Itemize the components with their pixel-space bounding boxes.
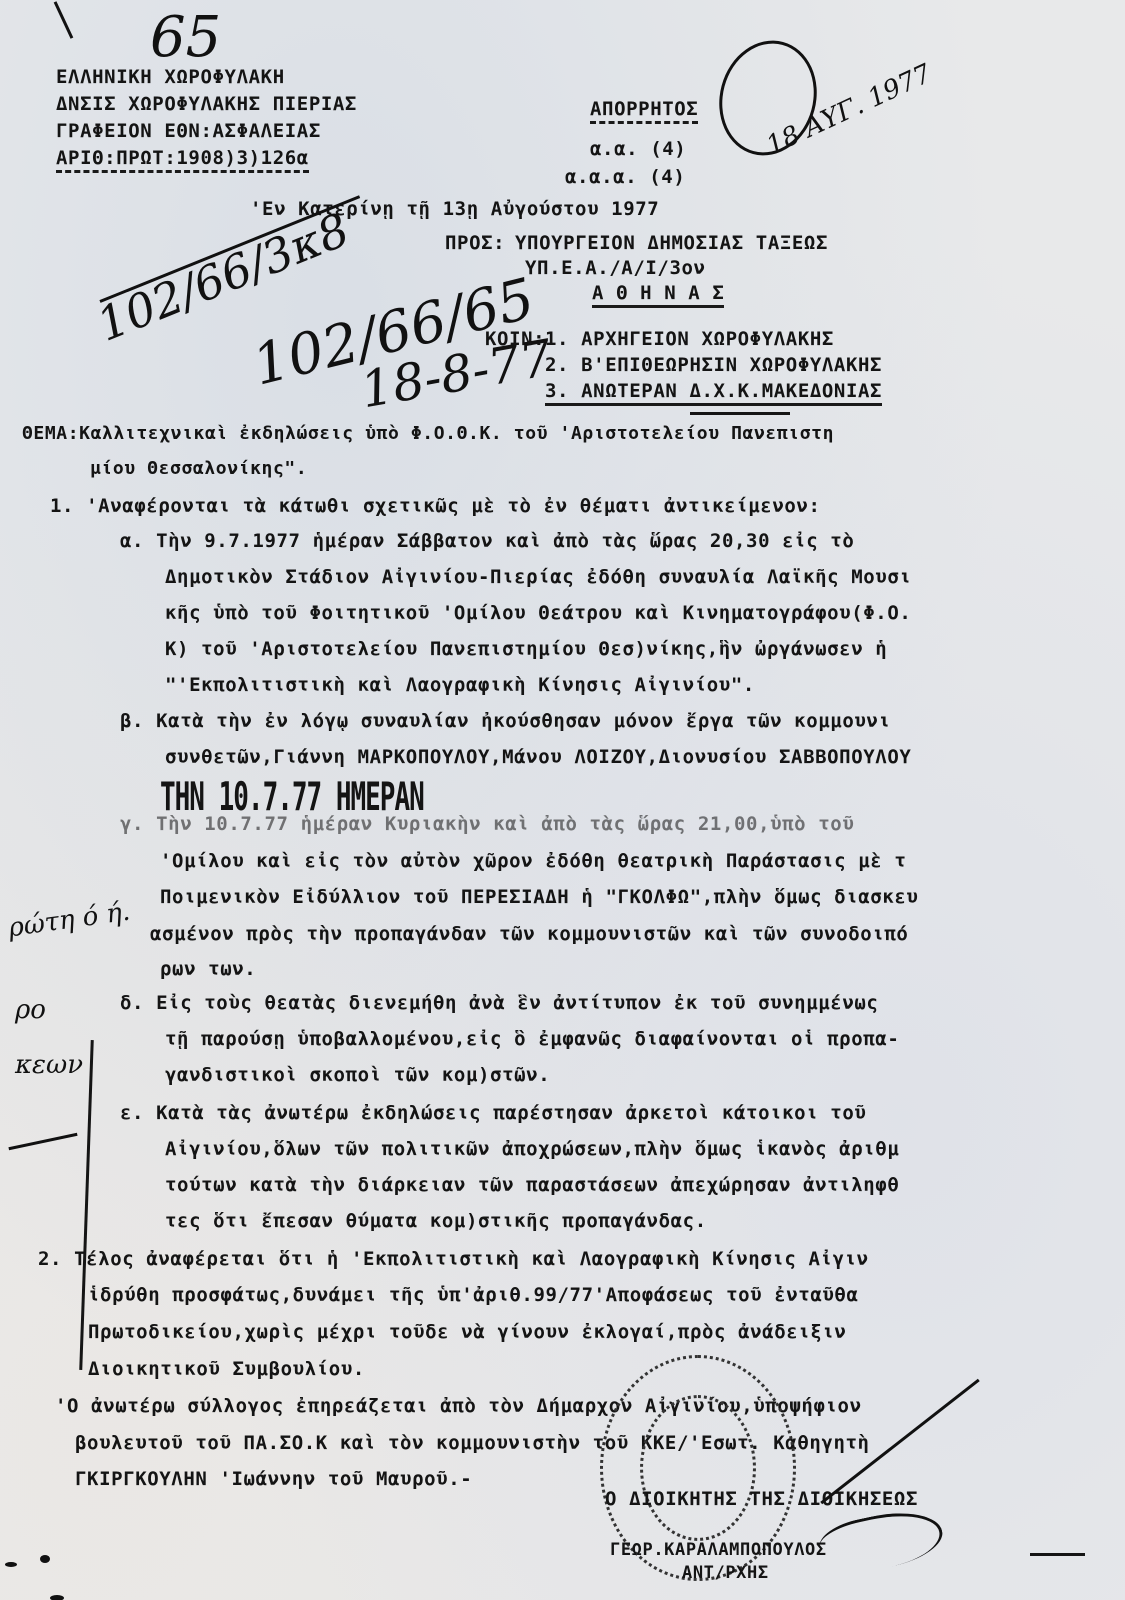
cc-dash-line bbox=[690, 412, 790, 415]
ink-speck bbox=[40, 1555, 50, 1563]
recipient-city: Α Θ Η Ν Α Σ bbox=[592, 284, 724, 308]
para-1d-l3: γανδιστικοὶ σκοποὶ τῶν κομ)στῶν. bbox=[165, 1066, 550, 1085]
signature-dash bbox=[1030, 1553, 1085, 1556]
para-1: 1. 'Αναφέρονται τὰ κάτωθι σχετικῶς μὲ τὸ… bbox=[50, 497, 821, 516]
para-2-l2: ἱδρύθη προσφάτως,δυνάμει τῆς ὑπ'ἀριθ.99/… bbox=[88, 1286, 859, 1305]
copies-total: α.α.α. (4) bbox=[565, 168, 685, 187]
para-2-l4: Διοικητικοῦ Συμβουλίου. bbox=[88, 1360, 365, 1379]
ink-speck bbox=[5, 1562, 17, 1567]
subject-line-1: ΘΕΜΑ:Καλλιτεχνικαὶ ἐκδηλώσεις ὑπὸ Φ.Ο.Θ.… bbox=[22, 425, 834, 443]
para-1d-l2: τῇ παρούσῃ ὑποβαλλομένου,εἰς ὃ ἐμφανῶς δ… bbox=[165, 1030, 899, 1049]
copy-number: α.α. (4) bbox=[590, 140, 686, 159]
para-1e-l3: τούτων κατὰ τὴν διάρκειαν τῶν παραστάσεω… bbox=[165, 1176, 899, 1195]
signature-name: ΓΕΩΡ.ΚΑΡΑΛΑΜΠΟΠΟΥΛΟΣ bbox=[610, 1542, 827, 1559]
signature-rank: ΑΝΤ/ΡΧΗΣ bbox=[682, 1565, 769, 1582]
margin-note-2: ρο bbox=[15, 995, 46, 1025]
para-2-l3: Πρωτοδικείου,χωρὶς μέχρι τοῦδε νὰ γίνουν… bbox=[88, 1323, 846, 1342]
margin-note-3: κεων bbox=[15, 1050, 83, 1080]
para-1b-l2: συνθετῶν,Γιάννη ΜΑΡΚΟΠΟΥΛΟΥ,Μάνου ΛΟΙΖΟΥ… bbox=[165, 748, 911, 767]
para-1c-l1: γ. Τὴν 10.7.77 ἡμέραν Κυριακὴν καὶ ἀπὸ τ… bbox=[120, 815, 854, 834]
para-1b-l1: β. Κατὰ τὴν ἐν λόγῳ συναυλίαν ἠκούσθησαν… bbox=[120, 712, 891, 731]
para-1e-l2: Αἰγινίου,ὅλων τῶν πολιτικῶν ἀποχρώσεων,π… bbox=[165, 1140, 899, 1159]
recipient-line1: ΥΠΟΥΡΓΕΙΟΝ ΔΗΜΟΣΙΑΣ ΤΑΞΕΩΣ bbox=[515, 234, 828, 253]
header-left-line2: ΔΝΣΙΣ ΧΩΡΟΦΥΛΑΚΗΣ ΠΙΕΡΙΑΣ bbox=[56, 95, 357, 114]
ink-speck bbox=[50, 1595, 64, 1600]
para-1e-l1: ε. Κατὰ τὰς ἀνωτέρω ἐκδηλώσεις παρέστησα… bbox=[120, 1104, 866, 1123]
para-1c-l4: ασμένον πρὸς τὴν προπαγάνδαν τῶν κομμουν… bbox=[150, 925, 908, 944]
para-1a-l3: κῆς ὑπὸ τοῦ Φοιτητικοῦ 'Ομίλου Θεάτρου κ… bbox=[165, 604, 911, 623]
cc-item-2: 2. Β'ΕΠΙΘΕΩΡΗΣΙΝ ΧΩΡΟΦΥΛΑΚΗΣ bbox=[545, 356, 882, 375]
cc-item-3: 3. ΑΝΩΤΕΡΑΝ Δ.Χ.Κ.ΜΑΚΕΔΟΝΙΑΣ bbox=[545, 382, 882, 406]
para-1c-l2: 'Ομίλου καὶ εἰς τὸν αὐτὸν χῶρον ἐδόθη θε… bbox=[160, 852, 906, 871]
margin-arrow-mark bbox=[8, 1133, 77, 1150]
para-1a-l2: Δημοτικὸν Στάδιον Αἰγινίου-Πιερίας ἐδόθη… bbox=[165, 568, 911, 587]
cc-item-1: 1. ΑΡΧΗΓΕΙΟΝ ΧΩΡΟΦΥΛΑΚΗΣ bbox=[545, 330, 834, 349]
para-1e-l4: τες ὅτι ἔπεσαν θύματα κομ)στικῆς προπαγά… bbox=[165, 1212, 707, 1231]
para-3-l3: ΓΚΙΡΓΚΟΥΛΗΝ 'Ιωάννην τοῦ Μαυροῦ.- bbox=[75, 1470, 472, 1489]
cc-label: ΚΟΙΝ: bbox=[485, 330, 545, 349]
para-1c-overstrike: ΤΗΝ 10.7.77 ΗΜΕΡΑΝ bbox=[160, 779, 424, 818]
classification-label: ΑΠΟΡΡΗΤΟΣ bbox=[590, 100, 698, 124]
para-1a-l4: Κ) τοῦ 'Αριστοτελείου Πανεπιστημίου Θεσ)… bbox=[165, 640, 887, 659]
recipient-label: ΠΡΟΣ: bbox=[445, 234, 505, 253]
signature-scrawl bbox=[816, 1503, 947, 1580]
para-1a-l5: "'Εκπολιτιστικὴ καὶ Λαογραφικὴ Κίνησις Α… bbox=[165, 676, 755, 695]
margin-note-1: ρώτη ό ή. bbox=[7, 897, 132, 944]
protocol-number: ΑΡΙΘ:ΠΡΩΤ:1908)3)126α bbox=[56, 149, 309, 173]
para-1a-l1: α. Τὴν 9.7.1977 ἡμέραν Σάββατον καὶ ἀπὸ … bbox=[120, 532, 854, 551]
para-1c-l5: ρων των. bbox=[160, 960, 256, 979]
header-left-line3: ΓΡΑΦΕΙΟΝ ΕΘΝ:ΑΣΦΑΛΕΙΑΣ bbox=[56, 122, 321, 141]
handwritten-stroke bbox=[54, 1, 74, 39]
header-left-line1: ΕΛΛΗΝΙΚΗ ΧΩΡΟΦΥΛΑΚΗ bbox=[56, 68, 285, 87]
para-1c-l3: Ποιμενικὸν Εἰδύλλιον τοῦ ΠΕΡΕΣΙΑΔΗ ἡ "ΓΚ… bbox=[160, 888, 918, 907]
subject-line-2: μίου Θεσσαλονίκης". bbox=[90, 460, 307, 478]
signature-title: Ο ΔΙΟΙΚΗΤΗΣ ΤΗΣ ΔΙΟΙΚΗΣΕΩΣ bbox=[605, 1490, 918, 1509]
recipient-line2: ΥΠ.Ε.Α./Α/Ι/3ον bbox=[525, 259, 706, 278]
handwritten-page-number: 65 bbox=[150, 5, 221, 70]
official-seal-inner bbox=[640, 1395, 756, 1541]
para-2-l1: 2. Τέλος ἀναφέρεται ὅτι ἡ 'Εκπολιτιστικὴ… bbox=[38, 1250, 869, 1269]
para-1d-l1: δ. Εἰς τοὺς θεατὰς διενεμήθη ἀνὰ ἓν ἀντί… bbox=[120, 994, 878, 1013]
